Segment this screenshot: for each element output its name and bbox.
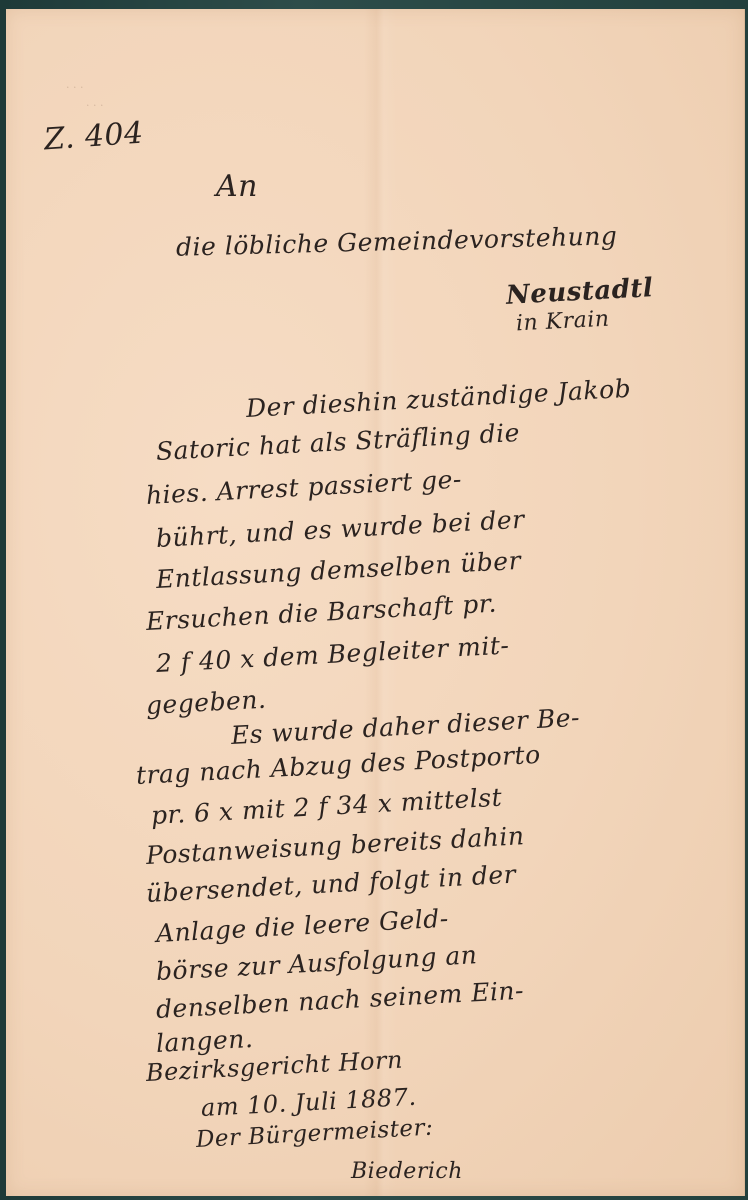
- reference-number: Z. 404: [43, 116, 145, 158]
- body-line: Anlage die leere Geld-: [155, 904, 449, 948]
- body-line: börse zur Ausfolgung an: [155, 940, 478, 986]
- body-line: Entlassung demselben über: [155, 546, 521, 594]
- body-line: 2 f 40 x dem Begleiter mit-: [155, 631, 510, 678]
- body-line: hies. Arrest passiert ge-: [145, 464, 462, 510]
- body-line: bührt, und es wurde bei der: [155, 505, 525, 553]
- salutation: An: [216, 169, 258, 204]
- body-line: langen.: [155, 1024, 254, 1058]
- addressee-line-2: Neustadtl: [505, 273, 654, 311]
- bleed-through-mark: · · ·: [66, 81, 83, 94]
- body-line: gegeben.: [145, 685, 267, 720]
- letter-page: · · · · · · Z. 404 An die löbliche Gemei…: [6, 9, 745, 1196]
- body-line: pr. 6 x mit 2 f 34 x mittelst: [150, 783, 503, 830]
- body-line: Ersuchen die Barschaft pr.: [145, 589, 497, 636]
- addressee-line-1: die löbliche Gemeindevorstehung: [176, 221, 618, 262]
- bleed-through-mark: · · ·: [86, 99, 103, 112]
- body-line: trag nach Abzug des Postporto: [135, 740, 541, 790]
- signature: Biederich: [351, 1159, 463, 1184]
- body-line: Der dieshin zuständige Jakob: [245, 374, 632, 423]
- body-line: Satoric hat als Sträfling die: [155, 418, 520, 466]
- addressee-line-3: in Krain: [515, 307, 610, 337]
